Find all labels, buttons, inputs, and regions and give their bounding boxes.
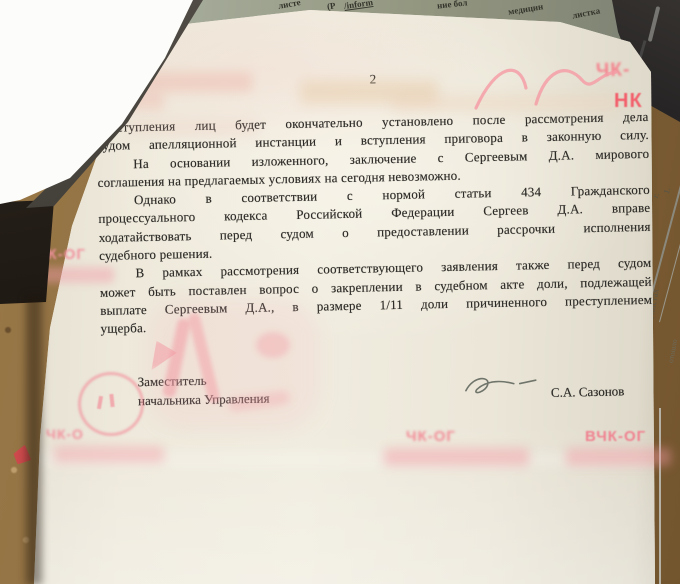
pink-scribble — [468, 46, 623, 124]
side-document-crease — [659, 408, 661, 584]
page-left-shadow — [26, 295, 42, 584]
background-text-fragment: (Р — [326, 0, 336, 11]
watermark-text: ЧК-О — [46, 426, 84, 442]
watermark-text: ВЧК-ОГ — [585, 428, 646, 445]
signature-name: С.А. Сазонов — [551, 383, 625, 400]
watermark-text: ЧК-ОГ — [406, 428, 456, 445]
watermark-blur — [128, 120, 258, 135]
watermark-blur — [566, 448, 671, 466]
pink-graffiti-stroke — [256, 332, 290, 358]
signature-scribble — [460, 369, 553, 399]
dark-object-highlight — [648, 6, 661, 42]
photo-scene: 2 листах отошло г. 1. листе (Р /inform н… — [0, 0, 680, 584]
watermark-blur — [384, 448, 529, 466]
watermark-blur — [54, 446, 164, 463]
